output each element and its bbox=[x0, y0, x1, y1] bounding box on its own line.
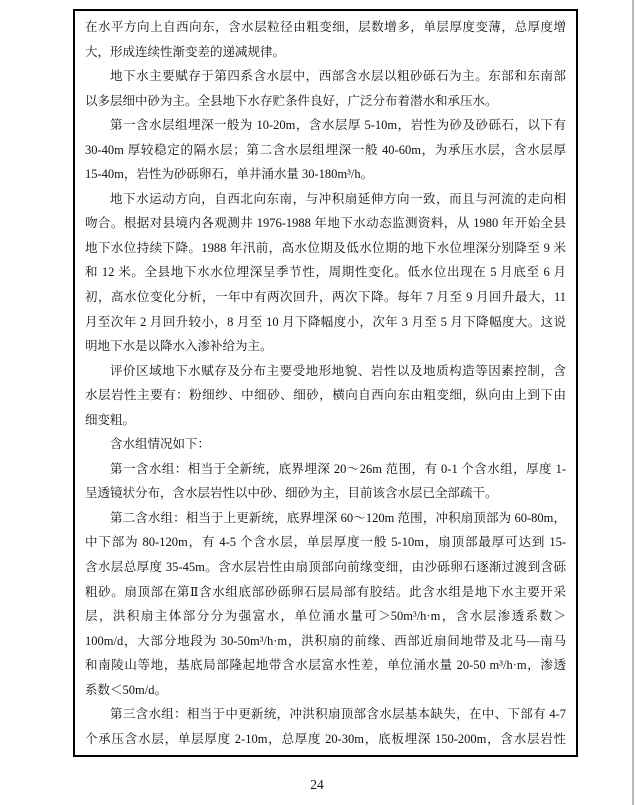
text-line: 粗砂。扇顶部在第Ⅱ含水组底部砂砾卵石层局部有胶结。此含水组是地下水主要开采 bbox=[85, 580, 566, 605]
page-right-edge-line bbox=[632, 0, 634, 805]
text-line: 细变粗。 bbox=[85, 408, 566, 433]
text-line: 呈透镜状分布，含水层岩性以中砂、细砂为主，目前该含水层已全部疏干。 bbox=[85, 481, 566, 506]
text-line: 吻合。根据对县境内各观测井 1976-1988 年地下水动态监测资料，从 198… bbox=[85, 211, 566, 236]
text-line: 第三含水组：相当于中更新统，冲洪积扇顶部含水层基本缺失，在中、下部有 4-7 bbox=[85, 702, 566, 727]
text-line: 第二含水组：相当于上更新统，底界埋深 60～120m 范围，冲积扇顶部为 60-… bbox=[85, 506, 566, 531]
text-line: 第一含水组：相当于全新统，底界埋深 20～26m 范围，有 0-1 个含水组，厚… bbox=[85, 457, 566, 482]
text-line: 30-40m 厚较稳定的隔水层；第二含水层组埋深一般 40-60m，为承压水层，… bbox=[85, 138, 566, 163]
text-line: 15-40m，岩性为砂砾卵石，单井涌水量 30-180m³/h。 bbox=[85, 162, 566, 187]
text-line: 中下部为 80-120m，有 4-5 个含水层，单层厚度一般 5-10m，扇顶部… bbox=[85, 530, 566, 555]
text-line: 地下水位持续下降。1988 年汛前，高水位期及低水位期的地下水位埋深分别降至 9… bbox=[85, 236, 566, 261]
text-line: 评价区域地下水赋存及分布主要受地形地貌、岩性以及地质构造等因素控制，含 bbox=[85, 359, 566, 384]
page-number: 24 bbox=[0, 777, 634, 793]
text-line: 在水平方向上自西向东，含水层粒径由粗变细，层数增多，单层厚度变薄，总厚度增 bbox=[85, 15, 566, 40]
text-line: 含水组情况如下： bbox=[85, 432, 566, 457]
text-line: 初，高水位变化分析，一年中有两次回升，两次下降。每年 7 月至 9 月回升最大，… bbox=[85, 285, 566, 310]
text-line: 地下水主要赋存于第四系含水层中，西部含水层以粗砂砾石为主。东部和东南部 bbox=[85, 64, 566, 89]
text-lines: 在水平方向上自西向东，含水层粒径由粗变细，层数增多，单层厚度变薄，总厚度增大，形… bbox=[85, 15, 566, 755]
text-line: 以多层细中砂为主。全县地下水存贮条件良好，广泛分布着潜水和承压水。 bbox=[85, 89, 566, 114]
text-line: 和南陵山等地，基底局部隆起地带含水层富水性差，单位涌水量 20-50 m³/h·… bbox=[85, 653, 566, 678]
text-line: 水层岩性主要有：粉细纱、中细砂、细砂，横向自西向东由粗变细，纵向由上到下由 bbox=[85, 383, 566, 408]
text-line: 月至次年 2 月回升较小，8 月至 10 月下降幅度小，次年 3 月至 5 月下… bbox=[85, 310, 566, 335]
document-text-frame: 在水平方向上自西向东，含水层粒径由粗变细，层数增多，单层厚度变薄，总厚度增大，形… bbox=[73, 9, 578, 757]
text-line: 100m/d，大部分地段为 30-50m³/h·m，洪积扇的前缘、西部近扇间地带… bbox=[85, 629, 566, 654]
text-line: 明地下水是以降水入渗补给为主。 bbox=[85, 334, 566, 359]
text-line: 含水层总厚度 35-45m。含水层岩性由扇顶部向前缘变细，由沙砾卵石逐渐过渡到含… bbox=[85, 555, 566, 580]
text-line: 和 12 米。全县地下水水位埋深呈季节性，周期性变化。低水位出现在 5 月底至 … bbox=[85, 260, 566, 285]
text-line: 层，洪积扇主体部分分为强富水，单位涌水量可＞50m³/h·m，含水层渗透系数＞ bbox=[85, 604, 566, 629]
text-line: 大，形成连续性渐变差的递减规律。 bbox=[85, 40, 566, 65]
text-line: 第一含水层组埋深一般为 10-20m，含水层厚 5-10m，岩性为砂及砂砾石，以… bbox=[85, 113, 566, 138]
text-line: 地下水运动方向，自西北向东南，与冲积扇延伸方向一致，而且与河流的走向相 bbox=[85, 187, 566, 212]
text-line: 个承压含水层，单层厚度 2-10m，总厚度 20-30m，底板埋深 150-20… bbox=[85, 727, 566, 752]
text-line: 系数＜50m/d。 bbox=[85, 678, 566, 703]
